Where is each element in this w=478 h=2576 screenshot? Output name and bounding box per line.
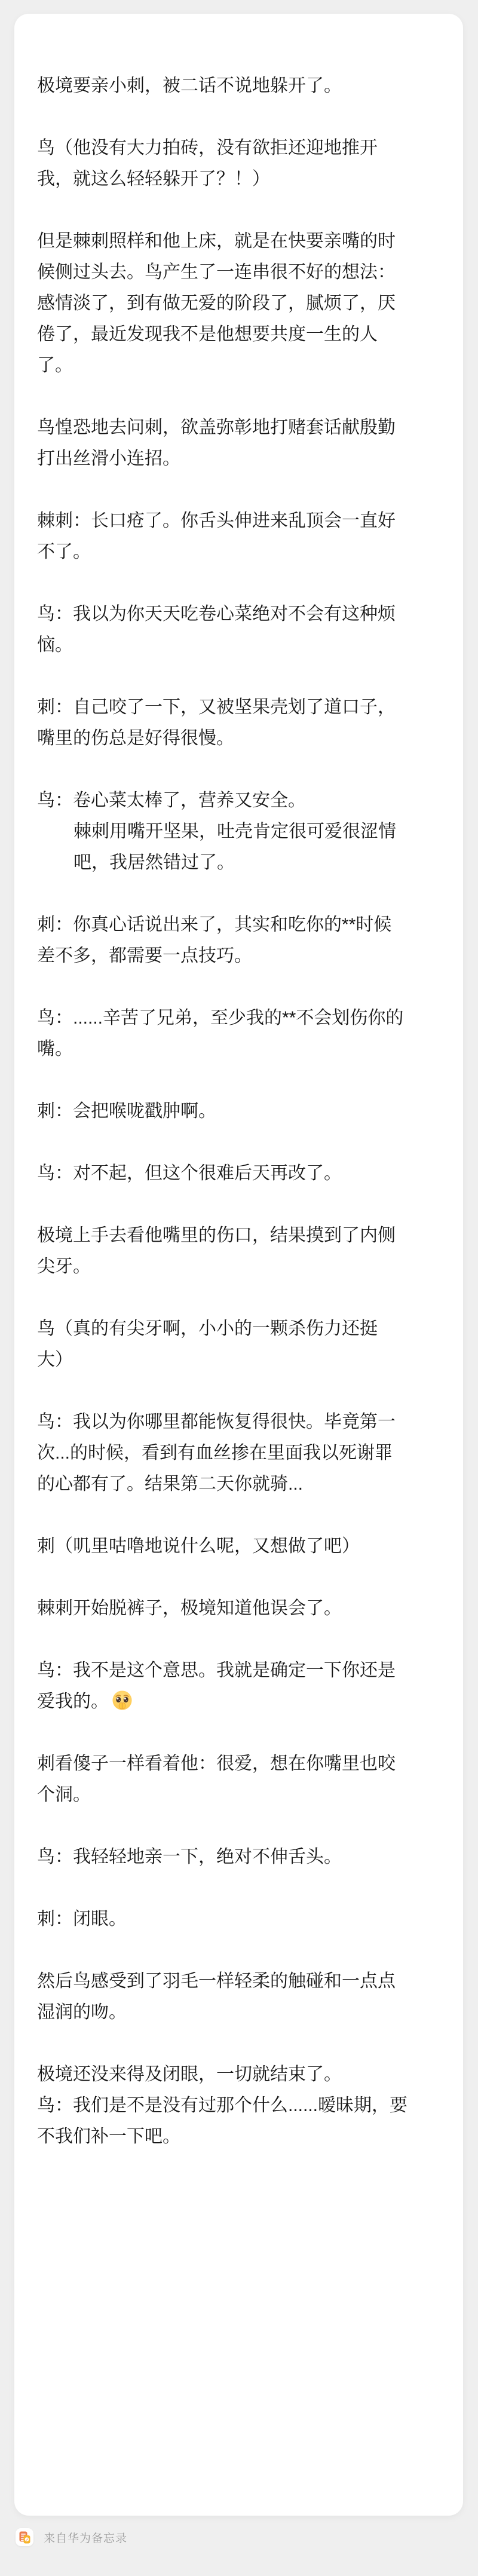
text-line: 极境要亲小刺，被二话不说地躲开了。 bbox=[37, 71, 445, 102]
line-text: 棘刺用嘴开坚果，吐壳肯定很可爱很涩情 bbox=[73, 822, 396, 841]
text-line: 恼。 bbox=[37, 630, 445, 661]
text-line: 感情淡了，到有做无爱的阶段了，腻烦了，厌 bbox=[37, 288, 445, 319]
text-line: 鸟：我们是不是没有过那个什么......暧昧期，要 bbox=[37, 2090, 445, 2121]
paragraph: 刺看傻子一样看着他：很爱，想在你嘴里也咬个洞。 bbox=[37, 1748, 445, 1811]
paragraph: 鸟（他没有大力拍砖，没有欲拒还迎地推开我，就这么轻轻躲开了？！） bbox=[37, 133, 445, 195]
line-text: 次...的时候，看到有血丝掺在里面我以死谢罪 bbox=[37, 1443, 393, 1463]
text-line: 鸟：卷心菜太棒了，营养又安全。 bbox=[37, 785, 445, 816]
line-text: 极境上手去看他嘴里的伤口，结果摸到了内侧 bbox=[37, 1226, 396, 1245]
text-line: 个洞。 bbox=[37, 1779, 445, 1811]
paragraph: 极境还没来得及闭眼，一切就结束了。鸟：我们是不是没有过那个什么......暧昧期… bbox=[37, 2059, 445, 2152]
huawei-notes-icon bbox=[16, 2528, 33, 2546]
text-line: 不我们补一下吧。 bbox=[37, 2121, 445, 2152]
line-text: 鸟（真的有尖牙啊，小小的一颗杀伤力还挺 bbox=[37, 1319, 378, 1338]
text-line: 鸟惶恐地去问刺，欲盖弥彰地打赌套话献殷勤 bbox=[37, 412, 445, 443]
paragraph: 鸟：对不起，但这个很难后天再改了。 bbox=[37, 1158, 445, 1189]
text-line: 鸟：对不起，但这个很难后天再改了。 bbox=[37, 1158, 445, 1189]
line-text: 恼。 bbox=[37, 635, 73, 655]
text-line: 嘴里的伤总是好得很慢。 bbox=[37, 723, 445, 754]
text-line: 不了。 bbox=[37, 537, 445, 568]
line-text: 差不多，都需要一点技巧。 bbox=[37, 946, 252, 966]
text-line: 鸟：我不是这个意思。我就是确定一下你还是 bbox=[37, 1655, 445, 1686]
note-card: 极境要亲小刺，被二话不说地躲开了。鸟（他没有大力拍砖，没有欲拒还迎地推开我，就这… bbox=[14, 14, 463, 2516]
text-line: 打出丝滑小连招。 bbox=[37, 443, 445, 474]
paragraph: 鸟惶恐地去问刺，欲盖弥彰地打赌套话献殷勤打出丝滑小连招。 bbox=[37, 412, 445, 474]
note-body: 极境要亲小刺，被二话不说地躲开了。鸟（他没有大力拍砖，没有欲拒还迎地推开我，就这… bbox=[37, 71, 445, 2152]
text-line: 极境还没来得及闭眼，一切就结束了。 bbox=[37, 2059, 445, 2090]
text-line: 我，就这么轻轻躲开了？！） bbox=[37, 164, 445, 195]
line-text: 鸟：我不是这个意思。我就是确定一下你还是 bbox=[37, 1661, 396, 1680]
text-line: 倦了，最近发现我不是他想要共度一生的人 bbox=[37, 319, 445, 350]
line-text: 鸟：我轻轻地亲一下，绝对不伸舌头。 bbox=[37, 1847, 342, 1867]
line-text: 棘刺：长口疮了。你舌头伸进来乱顶会一直好 bbox=[37, 511, 396, 531]
text-line: 棘刺用嘴开坚果，吐壳肯定很可爱很涩情 bbox=[37, 816, 445, 847]
text-line: 刺看傻子一样看着他：很爱，想在你嘴里也咬 bbox=[37, 1748, 445, 1779]
text-line: 鸟（他没有大力拍砖，没有欲拒还迎地推开 bbox=[37, 133, 445, 164]
text-line: 鸟：我轻轻地亲一下，绝对不伸舌头。 bbox=[37, 1842, 445, 1873]
text-line: 次...的时候，看到有血丝掺在里面我以死谢罪 bbox=[37, 1438, 445, 1469]
text-line: 湿润的吻。 bbox=[37, 1997, 445, 2028]
paragraph: 鸟：我轻轻地亲一下，绝对不伸舌头。 bbox=[37, 1842, 445, 1873]
line-text: 爱我的。 bbox=[37, 1692, 109, 1711]
line-text: 嘴里的伤总是好得很慢。 bbox=[37, 728, 234, 748]
text-line: 刺：闭眼。 bbox=[37, 1904, 445, 1935]
line-text: 大） bbox=[37, 1350, 73, 1370]
text-line: 候侧过头去。鸟产生了一连串很不好的想法： bbox=[37, 257, 445, 288]
line-text: 棘刺开始脱裤子，极境知道他误会了。 bbox=[37, 1598, 342, 1618]
paragraph: 棘刺开始脱裤子，极境知道他误会了。 bbox=[37, 1593, 445, 1624]
paragraph: 刺：你真心话说出来了，其实和吃你的**时候差不多，都需要一点技巧。 bbox=[37, 909, 445, 972]
line-text: 不了。 bbox=[37, 542, 91, 562]
line-text: 但是棘刺照样和他上床，就是在快要亲嘴的时 bbox=[37, 231, 396, 251]
share-footer: 来自华为备忘录 bbox=[16, 2528, 127, 2546]
text-line: 刺：会把喉咙戳肿啊。 bbox=[37, 1096, 445, 1127]
share-screenshot: 极境要亲小刺，被二话不说地躲开了。鸟（他没有大力拍砖，没有欲拒还迎地推开我，就这… bbox=[0, 0, 478, 2576]
line-text: 然后鸟感受到了羽毛一样轻柔的触碰和一点点 bbox=[37, 1971, 396, 1991]
paragraph: 鸟：......辛苦了兄弟，至少我的**不会划伤你的嘴。 bbox=[37, 1003, 445, 1065]
paragraph: 刺：自己咬了一下，又被坚果壳划了道口子，嘴里的伤总是好得很慢。 bbox=[37, 692, 445, 754]
pleading-emoji bbox=[112, 1690, 133, 1711]
text-line: 鸟：我以为你天天吃卷心菜绝对不会有这种烦 bbox=[37, 599, 445, 630]
line-text: 嘴。 bbox=[37, 1039, 73, 1059]
paragraph: 但是棘刺照样和他上床，就是在快要亲嘴的时候侧过头去。鸟产生了一连串很不好的想法：… bbox=[37, 226, 445, 381]
line-text: 鸟惶恐地去问刺，欲盖弥彰地打赌套话献殷勤 bbox=[37, 418, 396, 437]
line-text: 刺（叽里咕噜地说什么呢，又想做了吧） bbox=[37, 1536, 360, 1556]
line-text: 刺：闭眼。 bbox=[37, 1909, 127, 1929]
line-text: 吧，我居然错过了。 bbox=[73, 853, 235, 872]
text-line: 极境上手去看他嘴里的伤口，结果摸到了内侧 bbox=[37, 1220, 445, 1251]
text-line: 吧，我居然错过了。 bbox=[37, 847, 445, 878]
line-text: 我，就这么轻轻躲开了？！） bbox=[37, 169, 270, 189]
text-line: 鸟（真的有尖牙啊，小小的一颗杀伤力还挺 bbox=[37, 1313, 445, 1344]
text-line: 然后鸟感受到了羽毛一样轻柔的触碰和一点点 bbox=[37, 1966, 445, 1997]
line-text: 打出丝滑小连招。 bbox=[37, 449, 180, 468]
text-line: 鸟：......辛苦了兄弟，至少我的**不会划伤你的 bbox=[37, 1003, 445, 1034]
text-line: 嘴。 bbox=[37, 1034, 445, 1065]
text-line: 鸟：我以为你哪里都能恢复得很快。毕竟第一 bbox=[37, 1407, 445, 1438]
text-line: 棘刺开始脱裤子，极境知道他误会了。 bbox=[37, 1593, 445, 1624]
line-text: 感情淡了，到有做无爱的阶段了，腻烦了，厌 bbox=[37, 293, 396, 313]
text-line: 尖牙。 bbox=[37, 1251, 445, 1282]
paragraph: 鸟：卷心菜太棒了，营养又安全。棘刺用嘴开坚果，吐壳肯定很可爱很涩情吧，我居然错过… bbox=[37, 785, 445, 878]
line-text: 不我们补一下吧。 bbox=[37, 2127, 180, 2146]
paragraph: 刺（叽里咕噜地说什么呢，又想做了吧） bbox=[37, 1531, 445, 1562]
text-line: 但是棘刺照样和他上床，就是在快要亲嘴的时 bbox=[37, 226, 445, 257]
line-text: 鸟：我以为你天天吃卷心菜绝对不会有这种烦 bbox=[37, 604, 396, 624]
line-text: 刺：自己咬了一下，又被坚果壳划了道口子， bbox=[37, 697, 396, 717]
paragraph: 鸟：我不是这个意思。我就是确定一下你还是爱我的。 bbox=[37, 1655, 445, 1717]
paragraph: 鸟：我以为你哪里都能恢复得很快。毕竟第一次...的时候，看到有血丝掺在里面我以死… bbox=[37, 1407, 445, 1500]
text-line: 了。 bbox=[37, 350, 445, 381]
text-line: 刺：自己咬了一下，又被坚果壳划了道口子， bbox=[37, 692, 445, 723]
text-line: 的心都有了。结果第二天你就骑... bbox=[37, 1469, 445, 1500]
text-line: 刺：你真心话说出来了，其实和吃你的**时候 bbox=[37, 909, 445, 941]
line-text: 鸟：......辛苦了兄弟，至少我的**不会划伤你的 bbox=[37, 1008, 403, 1028]
line-text: 鸟：卷心菜太棒了，营养又安全。 bbox=[37, 791, 306, 810]
line-text: 鸟：对不起，但这个很难后天再改了。 bbox=[37, 1163, 342, 1183]
line-text: 极境还没来得及闭眼，一切就结束了。 bbox=[37, 2065, 342, 2084]
text-line: 爱我的。 bbox=[37, 1686, 445, 1717]
paragraph: 刺：会把喉咙戳肿啊。 bbox=[37, 1096, 445, 1127]
line-text: 刺：会把喉咙戳肿啊。 bbox=[37, 1101, 216, 1121]
line-text: 的心都有了。结果第二天你就骑... bbox=[37, 1474, 303, 1494]
text-line: 棘刺：长口疮了。你舌头伸进来乱顶会一直好 bbox=[37, 506, 445, 537]
line-text: 鸟：我以为你哪里都能恢复得很快。毕竟第一 bbox=[37, 1412, 396, 1432]
paragraph: 极境要亲小刺，被二话不说地躲开了。 bbox=[37, 71, 445, 102]
line-text: 湿润的吻。 bbox=[37, 2002, 127, 2022]
line-text: 候侧过头去。鸟产生了一连串很不好的想法： bbox=[37, 262, 396, 282]
line-text: 个洞。 bbox=[37, 1785, 91, 1805]
line-text: 极境要亲小刺，被二话不说地躲开了。 bbox=[37, 76, 342, 96]
text-line: 刺（叽里咕噜地说什么呢，又想做了吧） bbox=[37, 1531, 445, 1562]
paragraph: 鸟：我以为你天天吃卷心菜绝对不会有这种烦恼。 bbox=[37, 599, 445, 661]
line-text: 鸟（他没有大力拍砖，没有欲拒还迎地推开 bbox=[37, 138, 378, 158]
notes-app-glyph bbox=[16, 2528, 33, 2546]
paragraph: 极境上手去看他嘴里的伤口，结果摸到了内侧尖牙。 bbox=[37, 1220, 445, 1282]
line-text: 尖牙。 bbox=[37, 1257, 91, 1276]
line-text: 刺看傻子一样看着他：很爱，想在你嘴里也咬 bbox=[37, 1754, 396, 1774]
paragraph: 然后鸟感受到了羽毛一样轻柔的触碰和一点点湿润的吻。 bbox=[37, 1966, 445, 2028]
text-line: 大） bbox=[37, 1344, 445, 1376]
line-text: 刺：你真心话说出来了，其实和吃你的**时候 bbox=[37, 915, 391, 935]
paragraph: 棘刺：长口疮了。你舌头伸进来乱顶会一直好不了。 bbox=[37, 506, 445, 568]
paragraph: 鸟（真的有尖牙啊，小小的一颗杀伤力还挺大） bbox=[37, 1313, 445, 1376]
line-text: 倦了，最近发现我不是他想要共度一生的人 bbox=[37, 324, 378, 344]
paragraph: 刺：闭眼。 bbox=[37, 1904, 445, 1935]
line-text: 了。 bbox=[37, 356, 73, 375]
footer-source-label: 来自华为备忘录 bbox=[44, 2529, 127, 2546]
text-line: 差不多，都需要一点技巧。 bbox=[37, 941, 445, 972]
line-text: 鸟：我们是不是没有过那个什么......暧昧期，要 bbox=[37, 2096, 407, 2115]
